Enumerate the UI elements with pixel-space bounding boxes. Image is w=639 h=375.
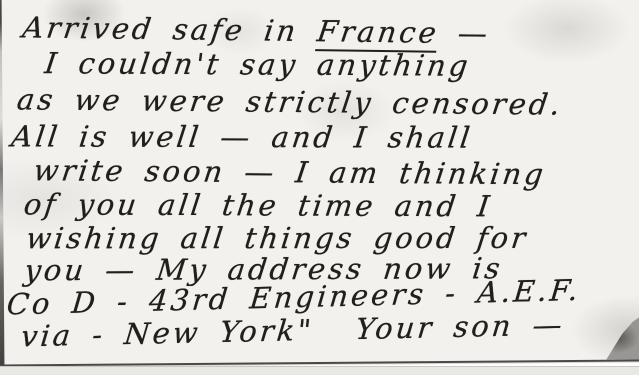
scan-edge-left xyxy=(0,0,4,365)
handwriting-line-2: I couldn't say anything xyxy=(43,46,473,83)
line-1-pre: Arrived safe in xyxy=(20,10,319,48)
postcard-scan: Arrived safe in France — I couldn't say … xyxy=(0,0,639,375)
line-1-post: — xyxy=(437,16,493,51)
handwriting-line-6: of you all the time and I xyxy=(22,187,494,223)
via-line: via - New York" xyxy=(20,313,316,353)
handwriting-line-1: Arrived safe in France — xyxy=(20,10,492,50)
torn-corner xyxy=(599,305,639,359)
handwriting-line-7: wishing all things good for xyxy=(24,221,530,255)
handwriting-line-5: write soon — I am thinking xyxy=(32,153,548,191)
handwriting-line-3: as we were strictly censored. xyxy=(15,82,565,121)
postcard-paper: Arrived safe in France — I couldn't say … xyxy=(0,0,639,367)
signature: Your son — xyxy=(354,307,566,346)
scan-bottom-strip xyxy=(0,366,639,375)
handwriting-line-4: All is well — and I shall xyxy=(10,119,475,154)
